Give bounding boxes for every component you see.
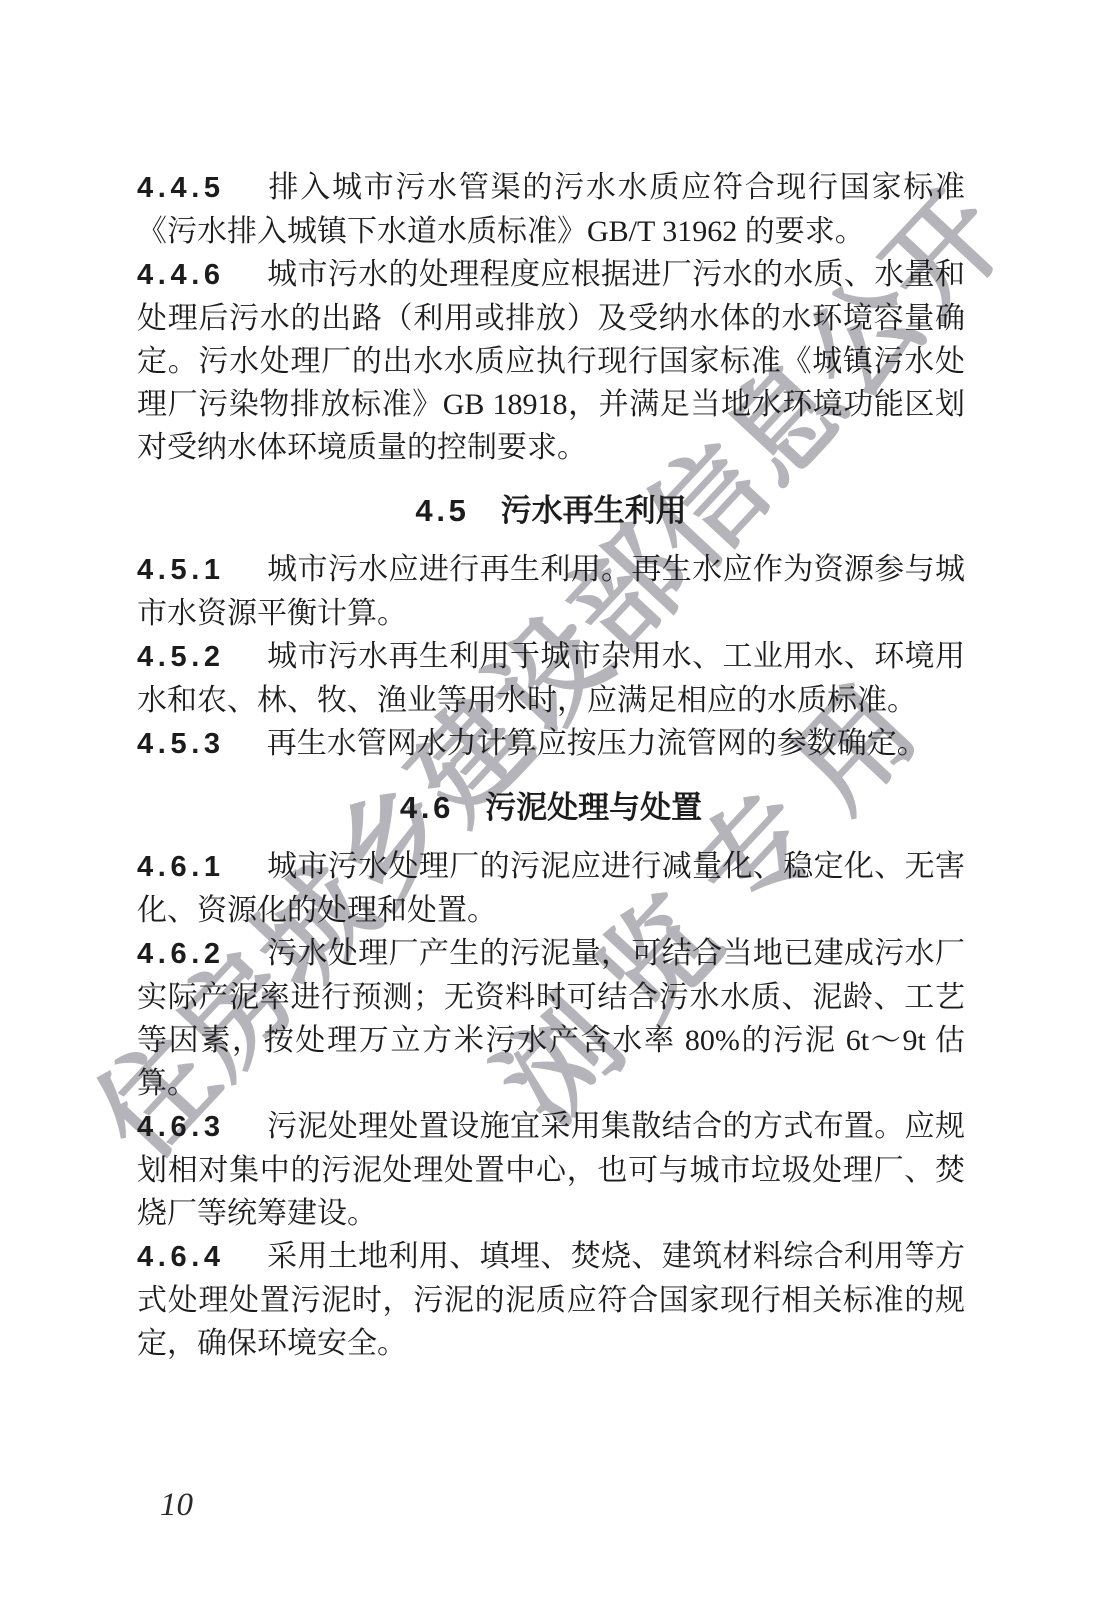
clause-4-6-1: 4.6.1城市污水处理厂的污泥应进行减量化、稳定化、无害化、资源化的处理和处置。 xyxy=(137,845,965,932)
clause-number: 4.6.3 xyxy=(137,1111,225,1143)
section-heading-4-5: 4.5污水再生利用 xyxy=(137,489,965,532)
clause-4-4-5: 4.4.5排入城市污水管渠的污水水质应符合现行国家标准《污水排入城镇下水道水质标… xyxy=(137,166,965,253)
section-number: 4.5 xyxy=(415,493,469,528)
clause-text: 排入城市污水管渠的污水水质应符合现行国家标准《污水排入城镇下水道水质标准》GB/… xyxy=(137,171,965,248)
clause-number: 4.4.5 xyxy=(137,172,225,204)
clause-text: 城市污水再生利用于城市杂用水、工业用水、环境用水和农、林、牧、渔业等用水时，应满… xyxy=(137,640,965,717)
page-content: 4.4.5排入城市污水管渠的污水水质应符合现行国家标准《污水排入城镇下水道水质标… xyxy=(137,166,965,1365)
clause-4-5-3: 4.5.3再生水管网水力计算应按压力流管网的参数确定。 xyxy=(137,722,965,766)
clause-number: 4.4.6 xyxy=(137,259,225,291)
clause-number: 4.5.2 xyxy=(137,641,225,673)
page-number: 10 xyxy=(160,1487,193,1524)
clause-number: 4.6.2 xyxy=(137,938,225,970)
clause-text: 城市污水处理厂的污泥应进行减量化、稳定化、无害化、资源化的处理和处置。 xyxy=(137,850,965,927)
clause-4-5-2: 4.5.2城市污水再生利用于城市杂用水、工业用水、环境用水和农、林、牧、渔业等用… xyxy=(137,635,965,722)
clause-text: 再生水管网水力计算应按压力流管网的参数确定。 xyxy=(267,727,927,760)
clause-text: 采用土地利用、填埋、焚烧、建筑材料综合利用等方式处理处置污泥时，污泥的泥质应符合… xyxy=(137,1240,965,1360)
section-title: 污泥处理与处置 xyxy=(485,790,702,825)
section-number: 4.6 xyxy=(400,790,454,825)
clause-4-4-6: 4.4.6城市污水的处理程度应根据进厂污水的水质、水量和处理后污水的出路（利用或… xyxy=(137,253,965,469)
clause-4-6-3: 4.6.3污泥处理处置设施宜采用集散结合的方式布置。应规划相对集中的污泥处理处置… xyxy=(137,1105,965,1235)
section-title: 污水再生利用 xyxy=(501,493,687,528)
clause-text: 污水处理厂产生的污泥量，可结合当地已建成污水厂实际产泥率进行预测；无资料时可结合… xyxy=(137,937,965,1100)
clause-4-6-2: 4.6.2污水处理厂产生的污泥量，可结合当地已建成污水厂实际产泥率进行预测；无资… xyxy=(137,932,965,1105)
clause-number: 4.5.1 xyxy=(137,554,225,586)
clause-text: 城市污水的处理程度应根据进厂污水的水质、水量和处理后污水的出路（利用或排放）及受… xyxy=(137,258,965,464)
clause-number: 4.6.4 xyxy=(137,1241,225,1273)
clause-4-5-1: 4.5.1城市污水应进行再生利用。再生水应作为资源参与城市水资源平衡计算。 xyxy=(137,548,965,635)
clause-text: 城市污水应进行再生利用。再生水应作为资源参与城市水资源平衡计算。 xyxy=(137,553,965,630)
clause-number: 4.6.1 xyxy=(137,851,225,883)
clause-number: 4.5.3 xyxy=(137,728,225,760)
document-page: 住房城乡建设部信息公开 浏览专用 4.4.5排入城市污水管渠的污水水质应符合现行… xyxy=(0,0,1103,1598)
clause-text: 污泥处理处置设施宜采用集散结合的方式布置。应规划相对集中的污泥处理处置中心，也可… xyxy=(137,1110,965,1230)
clause-4-6-4: 4.6.4采用土地利用、填埋、焚烧、建筑材料综合利用等方式处理处置污泥时，污泥的… xyxy=(137,1235,965,1365)
section-heading-4-6: 4.6污泥处理与处置 xyxy=(137,786,965,829)
